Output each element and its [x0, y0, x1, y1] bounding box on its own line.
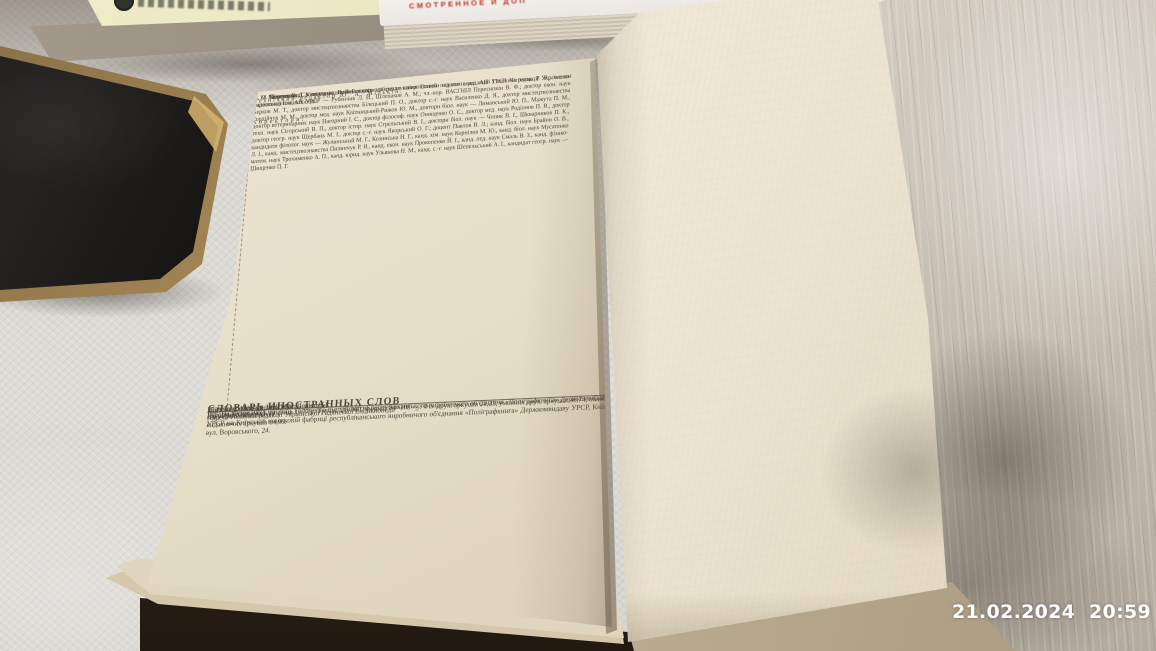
camera-timestamp: 21.02.2024 20:59	[952, 601, 1151, 623]
photo-open-book-colophon: СМОТРЕННОЕ И ДОП Підготовку Словника інш…	[0, 0, 1156, 651]
